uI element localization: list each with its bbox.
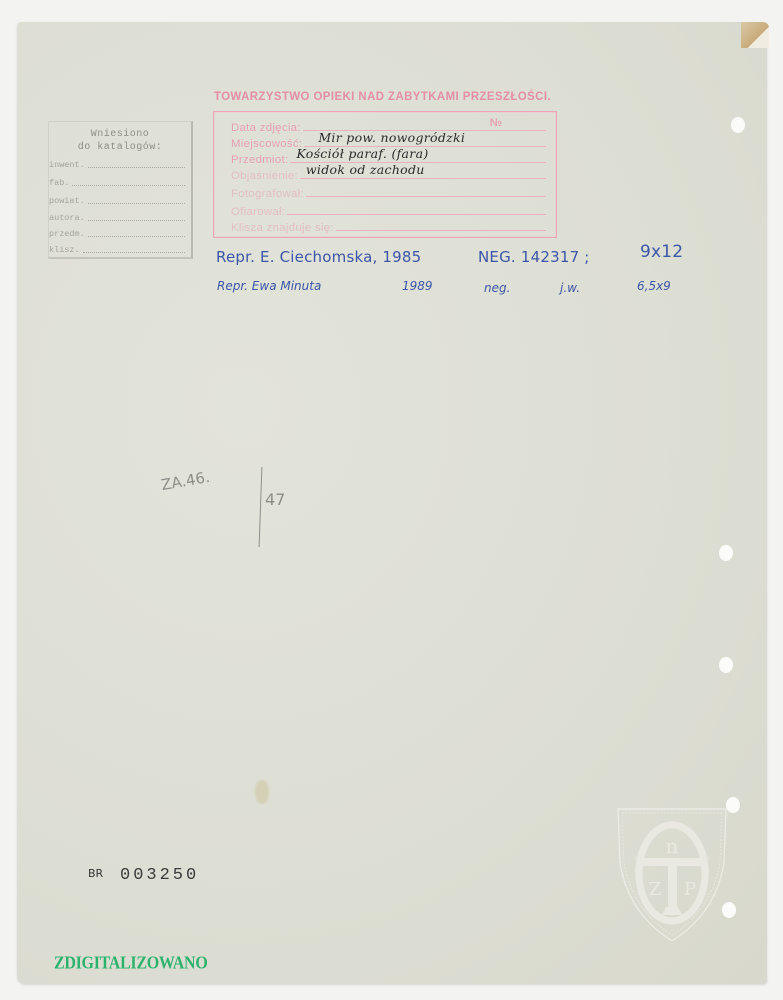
dotted-line xyxy=(88,236,185,237)
field-label: Klisza znajduje się: xyxy=(231,222,334,234)
field-plate-location: Klisza znajduje się: xyxy=(231,219,546,234)
paper-stain xyxy=(255,780,269,804)
repro-year-2: 1989 xyxy=(402,279,433,293)
field-label: Data zdjęcia: xyxy=(231,122,301,134)
catalog-row: autora. xyxy=(49,211,185,223)
repro-note-1: Repr. E. Ciechomska, 1985 xyxy=(216,248,421,266)
catalog-row: fab. xyxy=(49,176,185,188)
catalog-label: autora. xyxy=(49,213,85,223)
negative-number: NEG. 142317 ; xyxy=(478,248,590,266)
catalog-stamp: Wniesiono do katalogów: inwent. fab. pow… xyxy=(48,121,193,259)
same-as-above: j.w. xyxy=(560,281,580,295)
field-line xyxy=(336,230,546,231)
repro-note-2: Repr. Ewa Minuta xyxy=(217,279,321,293)
neg-note-2: neg. xyxy=(484,281,510,295)
folded-corner xyxy=(741,22,769,48)
field-line xyxy=(287,214,546,215)
catalog-label: inwent. xyxy=(49,160,85,170)
catalog-label: powiat. xyxy=(49,196,85,206)
dotted-line xyxy=(83,252,185,253)
catalog-label: przedm. xyxy=(49,229,85,239)
catalog-label: klisz. xyxy=(49,245,80,255)
svg-text:P: P xyxy=(684,879,696,900)
digitized-stamp: ZDIGITALIZOWANO xyxy=(54,954,207,975)
field-line xyxy=(306,196,546,197)
field-label: Przedmiot: xyxy=(231,154,288,166)
inventory-number: 003250 xyxy=(120,866,199,885)
negative-size-2: 6,5x9 xyxy=(637,279,671,293)
catalog-row: przedm. xyxy=(49,227,185,239)
photo-record-stamp: Data zdjęcia: № Miejscowość: Mir pow. no… xyxy=(213,111,557,238)
number-label: № xyxy=(490,117,502,129)
inventory-prefix: BR xyxy=(88,867,103,880)
svg-text:n: n xyxy=(666,834,679,858)
catalog-row: powiat. xyxy=(49,194,185,206)
field-value: Kościół paraf. (fara) xyxy=(296,146,428,161)
field-label: Ofiarował: xyxy=(231,206,285,218)
dotted-line xyxy=(72,185,185,186)
field-label: Miejscowość: xyxy=(231,138,302,150)
dotted-line xyxy=(88,203,185,204)
catalog-label: fab. xyxy=(49,178,69,188)
field-description: Objaśnienie: widok od zachodu xyxy=(231,167,546,182)
field-value: Mir pow. nowogródzki xyxy=(318,130,465,145)
svg-text:Z: Z xyxy=(649,879,662,900)
society-emblem-icon: n Z P xyxy=(612,803,732,943)
catalog-row: inwent. xyxy=(49,158,185,170)
dotted-line xyxy=(88,220,185,221)
dotted-line xyxy=(88,167,185,168)
punch-hole xyxy=(719,657,733,673)
field-line: widok od zachodu xyxy=(300,178,546,179)
field-label: Fotografował: xyxy=(231,188,304,200)
catalog-subtitle: do katalogów: xyxy=(49,142,191,153)
field-value: widok od zachodu xyxy=(306,162,425,177)
stamp-title: TOWARZYSTWO OPIEKI NAD ZABYTKAMI PRZESZŁ… xyxy=(214,91,564,104)
punch-hole xyxy=(731,117,745,133)
pencil-number: 47 xyxy=(265,490,285,509)
catalog-row: klisz. xyxy=(49,243,185,255)
field-photographer: Fotografował: xyxy=(231,185,546,200)
field-donor: Ofiarował: xyxy=(231,203,546,218)
field-label: Objaśnienie: xyxy=(231,170,298,182)
punch-hole xyxy=(719,545,733,561)
catalog-title: Wniesiono xyxy=(49,129,191,140)
negative-size: 9x12 xyxy=(640,242,683,262)
